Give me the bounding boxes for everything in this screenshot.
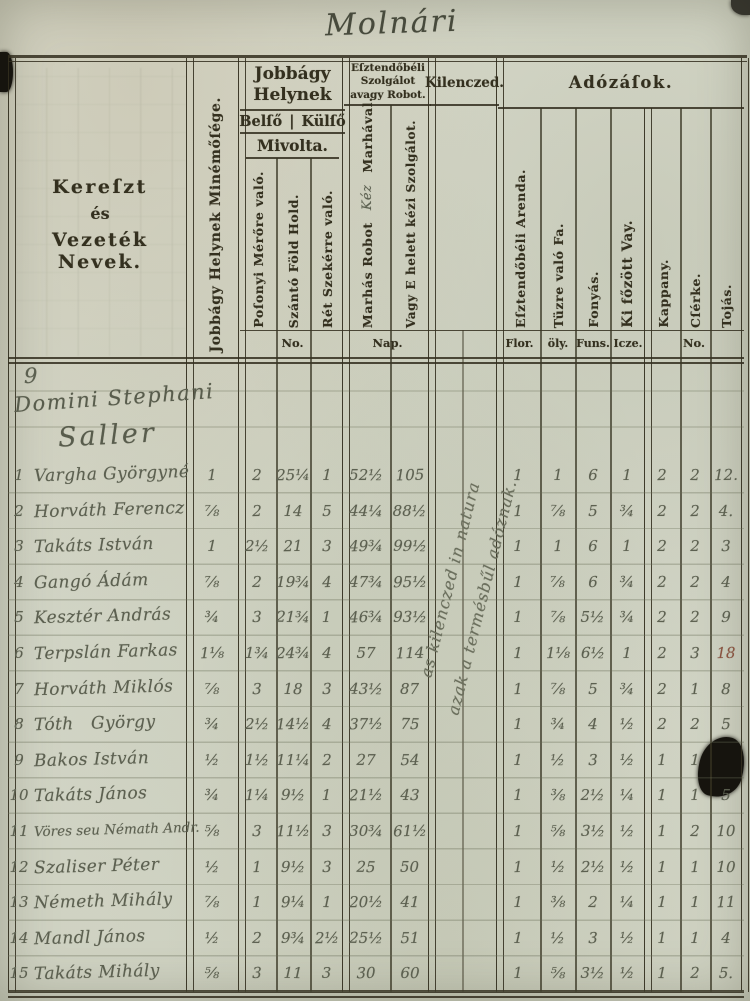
row-cell: ¾ (192, 707, 233, 743)
column-header-szanto: Szántó Föld Hold. (278, 160, 309, 328)
row-cell: 1 (237, 885, 277, 920)
unit-icze: Icze. (610, 332, 646, 354)
row-cell: ⅞ (192, 672, 232, 707)
row-cell: 87 (390, 672, 430, 707)
row-cell: 51 (389, 921, 429, 956)
row-cell: 1 (498, 707, 538, 742)
row-cell: 1 (498, 636, 538, 671)
row-cell: 9 (706, 600, 747, 636)
row-cell: ¾ (192, 778, 232, 813)
row-cell: 2 (237, 458, 277, 493)
row-name: Tóth György (34, 705, 197, 743)
row-cell: 95½ (389, 565, 429, 600)
row-cell: 1 (498, 529, 538, 564)
row-cell: 1⅛ (192, 636, 233, 672)
row-cell: ½ (537, 849, 577, 884)
row-name: Vargha Györgyné (34, 456, 197, 494)
row-cell: 30¾ (346, 814, 386, 849)
scanned-register-page: Molnári Kereſzt és Vezeték Nevek. Jobbág… (0, 0, 750, 1001)
row-cell: 57 (346, 636, 386, 671)
row-cell: 41 (389, 885, 430, 921)
row-cell: 3 (237, 600, 277, 635)
column-header-vay: Ki főzött Vay. (612, 112, 644, 328)
row-cell: ⅝ (192, 814, 233, 850)
section-heading-line2: Saller (57, 417, 157, 453)
row-cell: 3 (306, 814, 347, 850)
row-number: 8 (6, 707, 32, 741)
belso-label: Belſő (239, 113, 282, 130)
table-row: 7Horváth Miklós⅞318343½871⅞5¾218 (8, 672, 744, 708)
row-name: Kesztér András (34, 598, 197, 636)
table-row: 9Bakos István½1½11¼227541½3½11 (8, 743, 744, 779)
column-header-kappany: Kappany. (647, 112, 679, 328)
row-cell: 1 (307, 600, 347, 635)
row-cell: 10 (706, 849, 746, 884)
row-cell: 1 (306, 458, 347, 494)
row-cell: 1 (498, 956, 538, 991)
row-cell: 43 (389, 778, 429, 813)
row-name: Horváth Ferencz (34, 491, 197, 529)
row-cell: 5. (706, 956, 747, 992)
row-cell: 2 (237, 493, 278, 529)
row-cell: 4 (306, 636, 347, 672)
unit-no-jobbagy: No. (240, 332, 345, 354)
table-row: 10Takáts János¾1¼9½121½431⅜2½¼115 (8, 778, 744, 814)
row-cell: 5 (706, 778, 747, 814)
row-name: Takáts Mihály (34, 954, 197, 992)
row-number: 13 (6, 885, 32, 919)
row-cell: 2½ (306, 920, 347, 956)
row-cell: 3 (306, 529, 346, 564)
row-cell: 1 (498, 849, 539, 885)
row-cell: 1 (675, 742, 716, 778)
row-cell: ½ (192, 921, 232, 956)
names-header-line1: Kereſzt (52, 176, 148, 198)
row-cell: 10 (706, 814, 746, 849)
row-cell: 25½ (346, 921, 386, 956)
table-row: 4Gangó Ádám⅞219¾447¾95½1⅞6¾224 (8, 565, 744, 601)
row-cell: 61½ (389, 814, 430, 850)
row-number: 11 (6, 814, 32, 848)
row-number: 10 (6, 778, 32, 812)
row-cell: 3 (237, 814, 277, 849)
row-name: Takáts János (34, 776, 197, 814)
row-cell: 3 (306, 849, 346, 884)
row-cell: 4. (706, 493, 746, 528)
row-cell: 1⅛ (537, 636, 577, 671)
row-name: Takáts István (34, 527, 197, 565)
row-name: Vöres seu Némath Andr. (34, 812, 197, 850)
table-row: 5Kesztér András¾321¾146¾93½1⅞5½¾229 (8, 600, 744, 636)
marhas-robot-label: Marhás Robot (360, 222, 375, 328)
row-cell: 2 (237, 920, 278, 956)
row-cell: 88½ (390, 494, 430, 529)
row-cell: 1 (537, 529, 578, 565)
row-number: 3 (6, 529, 32, 563)
group-header-robot: Eſztendőbéli Szolgálot avagy Robot. (346, 60, 430, 104)
row-cell: 46¾ (346, 600, 387, 636)
marhaval-label: Marhával. (360, 97, 375, 173)
row-number: 2 (6, 494, 32, 528)
row-cell: ⅞ (192, 565, 232, 600)
row-cell: 1 (498, 920, 539, 956)
row-number: 6 (6, 636, 32, 670)
table-row: 13Németh Mihály⅞19¼120½411⅜2¼1111 (8, 885, 744, 921)
row-cell: 3 (237, 956, 277, 991)
section-mark: 9 (24, 364, 37, 388)
row-cell: 1 (498, 564, 539, 600)
row-cell: 5 (306, 493, 346, 528)
table-row: 1Vargha Györgyné1225¼152½10511612212. (8, 458, 744, 494)
row-cell: ⅝ (192, 956, 232, 991)
table-row: 12Szaliser Péter½19½325501½2½½1110 (8, 850, 744, 886)
row-cell: 3 (237, 671, 278, 707)
row-cell: 50 (390, 850, 430, 885)
row-cell: 37½ (346, 707, 386, 742)
row-cell: 1 (237, 849, 278, 885)
row-cell: 1 (498, 778, 538, 813)
row-cell: 43½ (346, 671, 387, 707)
column-header-kezi-szolgalot: Vagy E helett kézi Szolgálot. (392, 105, 429, 328)
row-cell: ⅝ (537, 814, 577, 849)
row-number: 7 (6, 672, 32, 706)
row-cell: 11 (706, 885, 747, 921)
group-header-jobbagy: Jobbágy Helynek (242, 61, 343, 108)
row-cell: ½ (538, 921, 578, 956)
column-header-cserke: Cſérke. (682, 112, 709, 328)
row-cell: 1 (537, 458, 577, 493)
row-cell: 1 (192, 458, 233, 494)
row-cell: ½ (538, 743, 578, 778)
row-cell: 4 (706, 921, 746, 956)
unit-no-adozasok: No. (645, 332, 743, 354)
subheader-mivolta: Mivolta. (242, 134, 343, 156)
row-number: 9 (6, 743, 32, 777)
row-number: 15 (6, 956, 32, 990)
row-cell: 20½ (346, 885, 386, 920)
row-cell: 3 (306, 671, 346, 706)
row-cell: 3 (706, 529, 747, 565)
row-name: Bakos István (34, 741, 197, 779)
row-cell: 2 (237, 564, 278, 600)
row-name: Németh Mihály (34, 883, 197, 921)
row-name: Gangó Ádám (34, 563, 197, 601)
row-cell: 114 (389, 636, 430, 672)
row-cell: ⅞ (537, 493, 577, 528)
column-header-names: Kereſzt és Vezeték Nevek. (12, 168, 188, 280)
column-header-ret: Rét Szekérre való. (312, 160, 343, 328)
row-cell: 4 (306, 707, 346, 742)
table-row: 14Mandl János½29¾2½25½511½3½114 (8, 921, 744, 957)
page-title: Molnári (324, 4, 459, 44)
row-cell: 75 (389, 707, 430, 743)
row-cell: 3 (307, 956, 347, 991)
row-cell: 2 (306, 742, 347, 778)
row-cell: 1 (498, 600, 538, 635)
subheader-belso-kulso: Belſő | Külſő (242, 111, 343, 131)
row-cell: 1 (498, 742, 539, 778)
row-cell: ⅜ (537, 885, 578, 921)
row-cell: ½ (192, 850, 232, 885)
table-row: 3Takáts István12½21349¾99½1161223 (8, 529, 744, 565)
row-cell: ¾ (192, 600, 232, 635)
row-cell: 1 (498, 671, 539, 707)
kulso-label: Külſő (301, 113, 345, 130)
group-header-adozasok: Adózáſok. (499, 69, 743, 95)
row-cell: 1 (306, 885, 346, 920)
row-cell: 52½ (346, 458, 386, 493)
ink-stain-top-right (731, 0, 750, 15)
row-cell: ⅞ (192, 494, 232, 529)
row-cell: ¾ (537, 707, 578, 743)
unit-flor: Flor. (498, 332, 541, 354)
row-number: 1 (6, 458, 32, 492)
row-cell: 1 (498, 493, 539, 529)
row-name: Szaliser Péter (34, 847, 197, 885)
table-row: 8Tóth György¾2½14½437½751¾4½225 (8, 707, 744, 743)
row-cell: 18 (706, 636, 746, 671)
row-number: 12 (6, 850, 32, 884)
row-cell: 1 (498, 458, 538, 493)
row-cell: 1 (498, 885, 538, 920)
column-header-marhas-robot: Marhás Robot Kéz Marhával. (346, 105, 389, 328)
row-cell: ⅞ (538, 565, 578, 600)
row-number: 4 (6, 565, 32, 599)
section-heading-line1: Domini Stephani (13, 379, 215, 417)
row-name: Horváth Miklós (34, 669, 197, 707)
row-cell: 12. (706, 458, 746, 493)
row-cell: ⅞ (192, 885, 233, 921)
row-cell: 1 (307, 778, 347, 813)
row-cell: 47¾ (346, 565, 386, 600)
row-cell: 105 (389, 458, 430, 494)
column-header-tojas: Tojás. (712, 112, 741, 328)
row-number: 14 (6, 921, 32, 955)
group-header-kilenczed: Kilenczed. (432, 71, 497, 95)
table-row: 15Takáts Mihály⅝311330601⅝3½½125. (8, 956, 744, 992)
row-cell: 27 (346, 743, 386, 778)
unit-funs: Funs. (575, 332, 611, 354)
column-header-minemusege: Jobbágy Helynek Minémőſége. (191, 72, 240, 352)
column-header-posonyi: Poſonyi Mérőre való. (242, 160, 275, 328)
column-header-arenda: Eſztendőbéli Arenda. (500, 112, 540, 328)
column-header-fonyas: Fonyás. (577, 112, 609, 328)
row-cell: 93½ (389, 600, 429, 635)
kez-handwritten-note: Kéz (360, 177, 375, 217)
unit-oly: öly. (540, 332, 576, 354)
row-cell: ½ (192, 743, 232, 778)
table-row: 6Terpslán Farkas1⅛1¾24¾45711411⅛6½12318 (8, 636, 744, 672)
row-cell: 2½ (237, 529, 277, 564)
row-number: 5 (6, 600, 32, 634)
column-header-fa: Tüzre való Fa. (542, 112, 574, 328)
row-cell: ⅞ (537, 671, 577, 706)
names-header-line2: és (90, 204, 109, 223)
names-header-line3: Vezeték Nevek. (12, 229, 188, 273)
table-row: 11Vöres seu Némath Andr.⅝311½330¾61½1⅝3½… (8, 814, 744, 850)
row-cell: 44¼ (346, 493, 387, 529)
row-cell: 54 (389, 743, 429, 778)
row-cell: 99½ (389, 529, 430, 565)
row-cell: 1¾ (237, 636, 277, 671)
row-cell: 4 (306, 564, 347, 600)
row-cell: 49¾ (346, 529, 386, 564)
row-cell: 1¼ (237, 778, 277, 813)
row-cell: 30 (346, 956, 387, 992)
row-cell: 21½ (346, 778, 387, 814)
row-cell: 25 (346, 849, 387, 885)
row-cell: 1 (192, 529, 233, 565)
belso-kulso-divider: | (289, 113, 294, 130)
unit-nap: Nap. (344, 332, 431, 354)
row-name: Mandl János (34, 919, 197, 957)
table-row: 2Horváth Ferencz⅞214544¼88½1⅞5¾224. (8, 494, 744, 530)
row-cell: 2½ (237, 707, 277, 742)
row-cell: 5 (706, 707, 747, 743)
row-cell: 1 (498, 814, 538, 849)
row-cell: 8 (706, 671, 746, 706)
row-cell: 4 (706, 565, 746, 600)
row-name: Terpslán Farkas (34, 634, 197, 672)
row-cell: 1½ (237, 742, 278, 778)
row-cell: 60 (389, 956, 429, 991)
